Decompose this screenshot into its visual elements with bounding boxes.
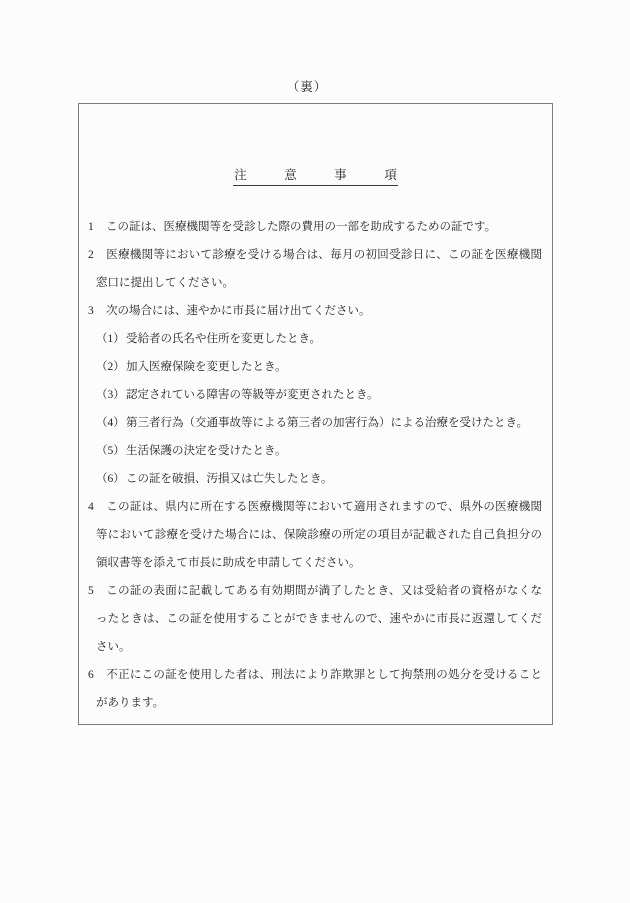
notice-subitem: （6）この証を破損、汚損又は亡失したとき。 xyxy=(88,465,542,493)
item-text: 次の場合には、速やかに市長に届け出てください。 xyxy=(106,305,371,317)
item-number: 6 xyxy=(88,661,106,689)
subitem-text: 生活保護の決定を受けたとき。 xyxy=(126,445,287,457)
item-text: この証は、医療機関等を受診した際の費用の一部を助成するための証です。 xyxy=(106,221,496,233)
item-number: 3 xyxy=(88,297,106,325)
notice-items: 1この証は、医療機関等を受診した際の費用の一部を助成するための証です。 2医療機… xyxy=(88,213,542,717)
notice-item: 5この証の表面に記載してある有効期間が満了したとき、又は受給者の資格がなくなった… xyxy=(88,577,542,661)
subitem-number: （2） xyxy=(96,353,126,381)
notice-subitem: （5）生活保護の決定を受けたとき。 xyxy=(88,437,542,465)
notice-item: 6不正にこの証を使用した者は、刑法により詐欺罪として拘禁刑の処分を受けることがあ… xyxy=(88,661,542,717)
subitem-number: （6） xyxy=(96,465,126,493)
subitem-text: 受給者の氏名や住所を変更したとき。 xyxy=(126,333,321,345)
page-side-label: （裏） xyxy=(0,77,614,95)
item-text: この証は、県内に所在する医療機関等において適用されますので、県外の医療機関等にお… xyxy=(96,501,542,569)
notice-item: 1この証は、医療機関等を受診した際の費用の一部を助成するための証です。 xyxy=(88,213,542,241)
notice-item: 4この証は、県内に所在する医療機関等において適用されますので、県外の医療機関等に… xyxy=(88,493,542,577)
notice-subitem: （3）認定されている障害の等級等が変更されたとき。 xyxy=(88,381,542,409)
item-number: 5 xyxy=(88,577,106,605)
notice-subitem: （4）第三者行為（交通事故等による第三者の加害行為）による治療を受けたとき。 xyxy=(88,409,542,437)
notice-subitem: （2）加入医療保険を変更したとき。 xyxy=(88,353,542,381)
notice-title-text: 注 意 事 項 xyxy=(233,167,398,186)
subitem-number: （1） xyxy=(96,325,126,353)
item-text: この証の表面に記載してある有効期間が満了したとき、又は受給者の資格がなくなったと… xyxy=(96,585,542,653)
item-number: 1 xyxy=(88,213,106,241)
document-page: （裏） 注 意 事 項 1この証は、医療機関等を受診した際の費用の一部を助成する… xyxy=(0,0,630,903)
notice-item: 2医療機関等において診療を受ける場合は、毎月の初回受診日に、この証を医療機関窓口… xyxy=(88,241,542,297)
notice-item: 3次の場合には、速やかに市長に届け出てください。 xyxy=(88,297,542,325)
subitem-number: （5） xyxy=(96,437,126,465)
subitem-number: （3） xyxy=(96,381,126,409)
item-text: 医療機関等において診療を受ける場合は、毎月の初回受診日に、この証を医療機関窓口に… xyxy=(96,249,542,289)
subitem-number: （4） xyxy=(96,409,126,437)
subitem-text: 加入医療保険を変更したとき。 xyxy=(126,361,287,373)
notice-title: 注 意 事 項 xyxy=(79,167,552,186)
subitem-text: この証を破損、汚損又は亡失したとき。 xyxy=(126,473,333,485)
subitem-text: 第三者行為（交通事故等による第三者の加害行為）による治療を受けたとき。 xyxy=(126,417,528,429)
item-number: 4 xyxy=(88,493,106,521)
subitem-text: 認定されている障害の等級等が変更されたとき。 xyxy=(126,389,379,401)
item-text: 不正にこの証を使用した者は、刑法により詐欺罪として拘禁刑の処分を受けることがあり… xyxy=(96,669,542,709)
notice-subitem: （1）受給者の氏名や住所を変更したとき。 xyxy=(88,325,542,353)
notice-box: 注 意 事 項 1この証は、医療機関等を受診した際の費用の一部を助成するための証… xyxy=(78,103,553,725)
item-number: 2 xyxy=(88,241,106,269)
